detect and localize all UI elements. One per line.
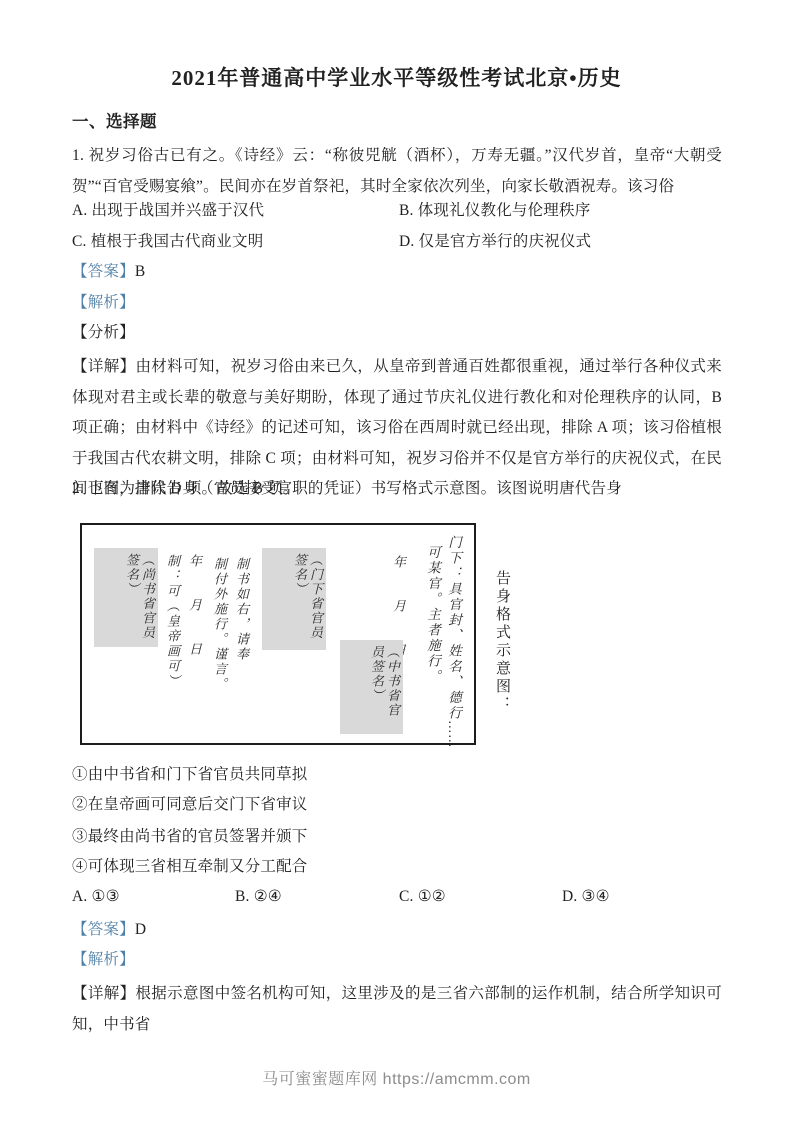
q2-answer-row: 【答案】D	[72, 920, 146, 940]
q2-detail: 【详解】根据示意图中签名机构可知，这里涉及的是三省六部制的运作机制，结合所学知识…	[72, 979, 722, 1040]
q1-option-c: C. 植根于我国古代商业文明	[72, 232, 263, 252]
diagram-col-zhike: 制：可（皇帝画可）	[164, 554, 181, 689]
q2-statement-1: ①由中书省和门下省官员共同草拟	[72, 765, 308, 785]
q2-option-a: A. ①③	[72, 887, 120, 907]
q2-statement-2: ②在皇帝画可同意后交门下省审议	[72, 795, 308, 815]
q2-option-b: B. ②④	[235, 887, 282, 907]
diagram-box-zhongshu-signature: （中书省官员签名）	[340, 640, 403, 734]
q1-fenxi-label: 【分析】	[72, 323, 135, 343]
answer-label: 【答案】	[72, 921, 135, 938]
diagram-col-kemouguan: 可某官。主者施行。	[424, 545, 441, 685]
q2-option-d: D. ③④	[562, 887, 610, 907]
q2-option-c: C. ①②	[399, 887, 446, 907]
diagram-box-menxia-signature: （门下省官员签名）	[262, 548, 326, 650]
q1-jiexi-label: 【解析】	[72, 293, 135, 313]
xiangjie-label: 【详解】	[72, 985, 135, 1002]
q2-statement-4: ④可体现三省相互牵制又分工配合	[72, 857, 308, 877]
section-heading: 一、选择题	[72, 108, 157, 132]
diagram-col-zhifu: 制付外施行。谨言。	[211, 557, 228, 692]
q1-option-d: D. 仅是官方举行的庆祝仪式	[399, 232, 591, 252]
q1-option-b: B. 体现礼仪教化与伦理秩序	[399, 201, 590, 221]
q1-option-a: A. 出现于战国并兴盛于汉代	[72, 201, 264, 221]
q1-detail-text: 由材料可知，祝岁习俗由来已久，从皇帝到普通百姓都很重视，通过举行各种仪式来体现对…	[72, 358, 722, 497]
q2-answer-value: D	[135, 921, 146, 938]
q2-jiexi-label: 【解析】	[72, 950, 135, 970]
q1-answer-value: B	[135, 263, 146, 280]
q1-stem: 1. 祝岁习俗古已有之。《诗经》云：“称彼兕觥（酒杯），万寿无疆。”汉代岁首，皇…	[72, 141, 722, 202]
diagram-col-date-left: 年 月 日	[186, 554, 203, 664]
page-title: 2021年普通高中学业水平等级性考试北京•历史	[0, 62, 793, 92]
diagram-box-shangshu-signature: （尚书省官员签名）	[94, 548, 158, 647]
diagram-col-menxia-header: 门下：具官封、姓名、德行……	[445, 535, 462, 749]
q2-detail-text: 根据示意图中签名机构可知，这里涉及的是三省六部制的运作机制，结合所学知识可知，中…	[72, 985, 722, 1033]
gaoshen-format-diagram: 门下：具官封、姓名、德行…… 可某官。主者施行。 年 月 日 （中书省官员签名）…	[80, 523, 476, 745]
answer-label: 【答案】	[72, 263, 135, 280]
diagram-col-zhishu: 制书如右，请奉	[233, 557, 250, 662]
q1-answer-row: 【答案】B	[72, 262, 145, 282]
q2-statement-3: ③最终由尚书省的官员签署并颁下	[72, 827, 308, 847]
watermark-footer: 马可蜜蜜题库网 https://amcmm.com	[0, 1066, 793, 1089]
diagram-caption: 告身格式示意图：	[492, 570, 513, 714]
q2-stem: 2. 下图为唐代告身（官员接受官职的凭证）书写格式示意图。该图说明唐代告身	[72, 479, 622, 499]
xiangjie-label: 【详解】	[72, 358, 135, 375]
exam-page: 2021年普通高中学业水平等级性考试北京•历史 一、选择题 1. 祝岁习俗古已有…	[0, 0, 793, 1122]
